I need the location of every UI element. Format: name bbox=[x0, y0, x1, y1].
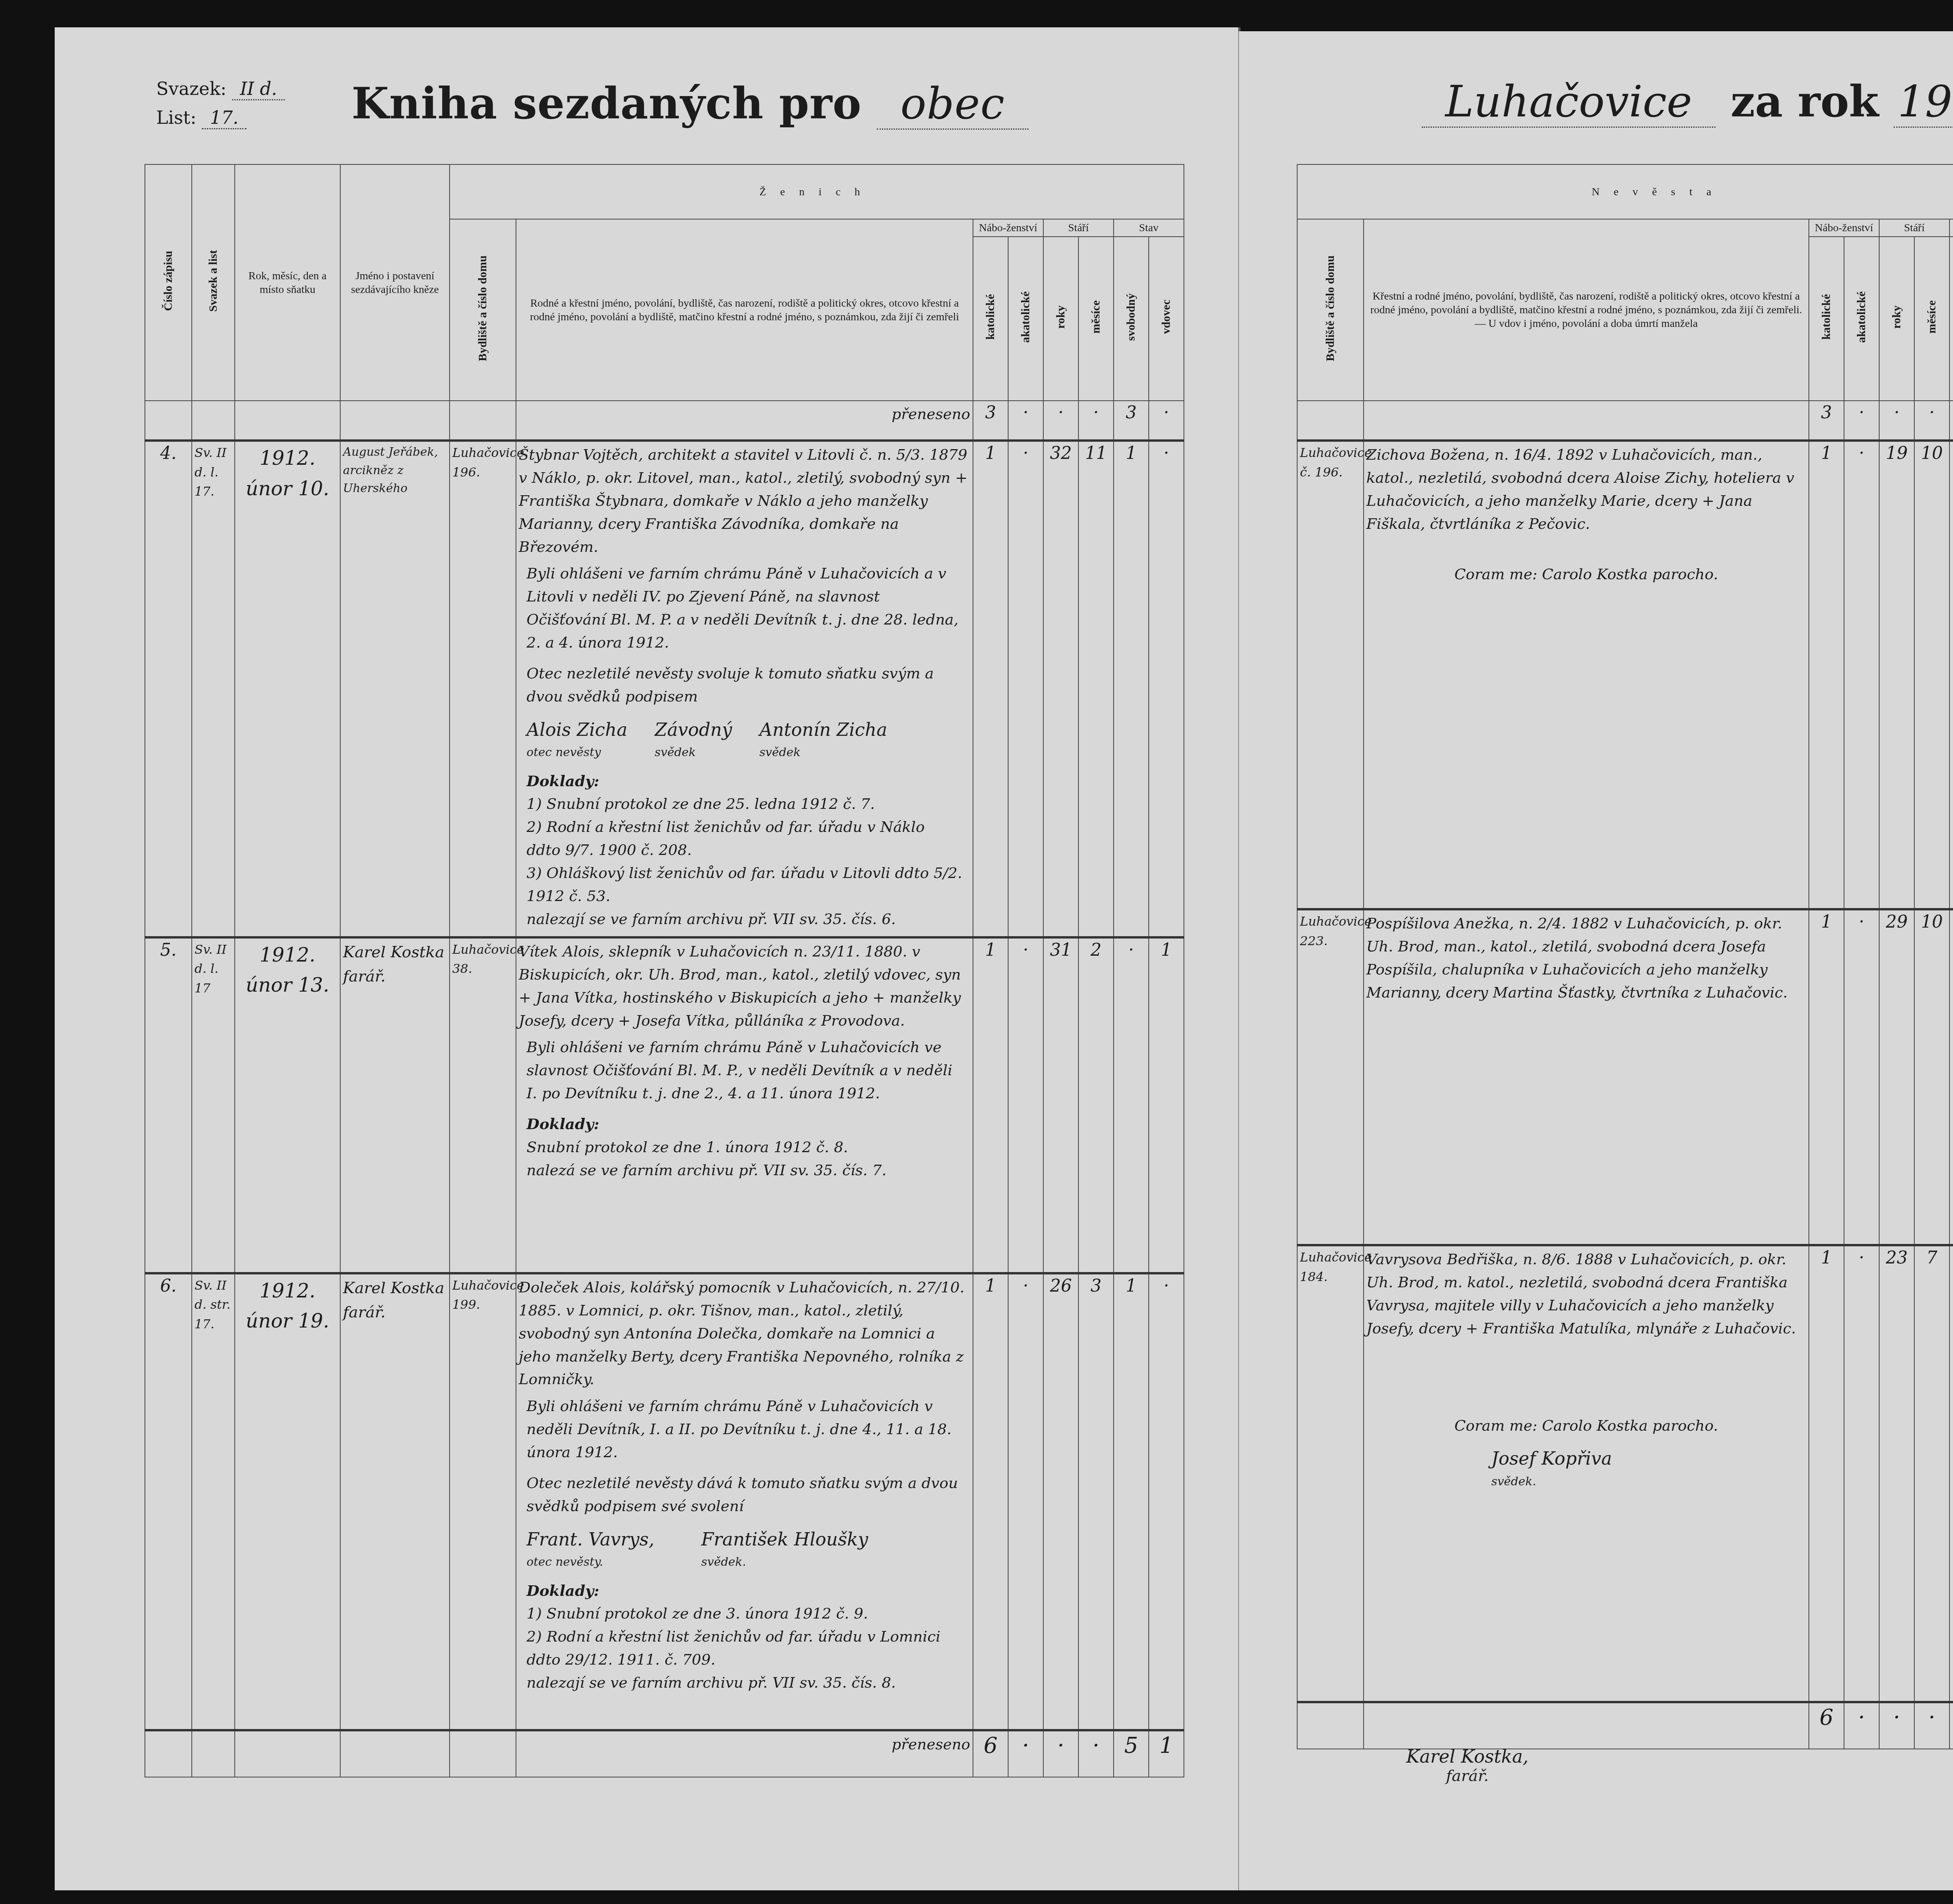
bride-row-6: Luhačovice 184. Vavrysova Bedřiška, n. 8… bbox=[1297, 1245, 1953, 1702]
entry-priest: August Jeřábek, arcikněz z Uherského bbox=[340, 441, 450, 937]
signatures: Frant. Vavrys,otec nevěsty. František Hl… bbox=[519, 1522, 970, 1576]
closing-signature: Karel Kostka, farář. bbox=[1406, 1746, 1528, 1785]
svazek-label: Svazek: bbox=[156, 78, 227, 99]
bride-residence: Luhačovice 184. bbox=[1297, 1245, 1364, 1702]
groom-text: Štybnar Vojtěch, architekt a stavitel v … bbox=[519, 443, 970, 558]
col-mesice: měsíce bbox=[1078, 237, 1114, 401]
col-nabozenstvi: Nábo-ženství bbox=[1809, 219, 1879, 237]
doklady-item: 3) Ohláškový list ženichův od far. úřadu… bbox=[527, 862, 962, 908]
signature-name: Alois Zicha bbox=[527, 716, 627, 744]
entry-number: 5. bbox=[145, 937, 192, 1273]
col-svobodna: svobodná bbox=[1949, 237, 1953, 401]
page-title-right: Luhačovice za rok 1912. bbox=[1422, 76, 1953, 127]
bride-svobodna: 1 bbox=[1949, 441, 1953, 909]
witness-signature: Josef Kopřiva svědek. bbox=[1483, 1441, 1806, 1495]
title-year: 1912. bbox=[1894, 77, 1953, 128]
groom-details: Doleček Alois, kolářský pomocník v Luhač… bbox=[516, 1273, 973, 1730]
carry-mes: · bbox=[1914, 401, 1949, 441]
page-title-left: Kniha sezdaných pro obec bbox=[352, 78, 1028, 128]
entry-svazek-list: Sv. II d. str. 17. bbox=[192, 1273, 235, 1730]
carry-akat: · bbox=[1008, 401, 1043, 441]
col-bydliste: Bydliště a číslo domu bbox=[1297, 219, 1364, 401]
bride-roky: 19 bbox=[1879, 441, 1914, 909]
bride-mesice: 10 bbox=[1914, 441, 1949, 909]
groom-roky: 32 bbox=[1043, 441, 1078, 937]
totals-row-right: 6 · · · 6 · bbox=[1297, 1702, 1953, 1749]
bride-row-5: Luhačovice 223. Pospíšilova Anežka, n. 2… bbox=[1297, 909, 1953, 1245]
col-stav: Stav bbox=[1114, 219, 1184, 237]
total-mes: · bbox=[1914, 1702, 1949, 1749]
total-roky: · bbox=[1879, 1702, 1914, 1749]
groom-kat: 1 bbox=[973, 1273, 1008, 1730]
title-obec: obec bbox=[877, 79, 1028, 130]
total-svob: 5 bbox=[1114, 1730, 1149, 1777]
entry-date: 1912. únor 13. bbox=[235, 937, 340, 1273]
total-svob: 6 bbox=[1949, 1702, 1953, 1749]
col-nevesta-desc: Křestní a rodné jméno, povolání, bydlišt… bbox=[1364, 219, 1809, 401]
carry-forward-row-right: 3 · · · 3 · bbox=[1297, 401, 1953, 441]
col-akatolicke: akatolické bbox=[1844, 237, 1879, 401]
doklady-item: nalezá se ve farním archivu př. VII sv. … bbox=[527, 1159, 962, 1182]
list-value: 17. bbox=[202, 107, 246, 129]
title-place: Luhačovice bbox=[1422, 77, 1716, 128]
doklady: Doklady: 1) Snubní protokol ze dne 3. ún… bbox=[519, 1576, 970, 1698]
entry-svazek-list: Sv. II d. l. 17 bbox=[192, 937, 235, 1273]
total-mes: · bbox=[1078, 1730, 1114, 1777]
groom-text: Vítek Alois, sklepník v Luhačovicích n. … bbox=[519, 940, 970, 1032]
coram-note: Coram me: Carolo Kostka parocho. bbox=[1366, 1410, 1806, 1441]
col-katolicke: katolické bbox=[1809, 237, 1844, 401]
bride-register-table: Nevěsta Svědci Poznámky Bydliště a číslo… bbox=[1297, 164, 1953, 1749]
carry-roky: · bbox=[1043, 401, 1078, 441]
bride-residence: Luhačovice 223. bbox=[1297, 909, 1364, 1245]
groom-svobodny: · bbox=[1114, 937, 1149, 1273]
doklady-label: Doklady: bbox=[527, 772, 599, 790]
carry-kat: 3 bbox=[973, 401, 1008, 441]
col-zenich-desc: Rodné a křestní jméno, povolání, bydlišt… bbox=[516, 219, 973, 401]
doklady-label: Doklady: bbox=[527, 1582, 599, 1599]
bride-details: Zichova Božena, n. 16/4. 1892 v Luhačovi… bbox=[1364, 441, 1809, 909]
groom-svobodny: 1 bbox=[1114, 1273, 1149, 1730]
col-jmeno-knez: Jméno i postavení sezdávajícího kněze bbox=[340, 164, 450, 401]
groom-residence: Luhačovice 199. bbox=[450, 1273, 516, 1730]
list-label: List: bbox=[156, 107, 196, 128]
entry-row-6: 6. Sv. II d. str. 17. 1912. únor 19. Kar… bbox=[145, 1273, 1184, 1730]
carry-akat: · bbox=[1844, 401, 1879, 441]
banns-note: Byli ohlášeni ve farním chrámu Páně v Lu… bbox=[519, 558, 970, 658]
bride-details: Vavrysova Bedřiška, n. 8/6. 1888 v Luhač… bbox=[1364, 1245, 1809, 1702]
bride-text: Pospíšilova Anežka, n. 2/4. 1882 v Luhač… bbox=[1364, 909, 1809, 1245]
carry-mes: · bbox=[1078, 401, 1114, 441]
total-kat: 6 bbox=[973, 1730, 1008, 1777]
bride-text: Vavrysova Bedřiška, n. 8/6. 1888 v Luhač… bbox=[1366, 1248, 1806, 1340]
title-year-label: za rok bbox=[1730, 76, 1879, 127]
bride-roky: 23 bbox=[1879, 1245, 1914, 1702]
doklady-label: Doklady: bbox=[527, 1115, 599, 1133]
entry-priest: Karel Kostka farář. bbox=[340, 937, 450, 1273]
signature-role: svědek bbox=[759, 744, 887, 762]
col-stari: Stáří bbox=[1879, 219, 1949, 237]
carry-vdov: · bbox=[1149, 401, 1184, 441]
doklady-item: nalezají se ve farním archivu př. VII sv… bbox=[527, 1671, 962, 1694]
signature-name: Antonín Zicha bbox=[759, 716, 887, 744]
doklady: Doklady: 1) Snubní protokol ze dne 25. l… bbox=[519, 766, 970, 935]
groom-svobodny: 1 bbox=[1114, 441, 1149, 937]
signature-role: svědek bbox=[655, 744, 732, 762]
entry-row-5: 5. Sv. II d. l. 17 1912. únor 13. Karel … bbox=[145, 937, 1184, 1273]
groom-mesice: 11 bbox=[1078, 441, 1114, 937]
carry-roky: · bbox=[1879, 401, 1914, 441]
groom-text: Doleček Alois, kolářský pomocník v Luhač… bbox=[519, 1276, 970, 1391]
entry-svazek-list: Sv. II d. l. 17. bbox=[192, 441, 235, 937]
signature-name: František Hloušky bbox=[701, 1526, 868, 1553]
groom-akat: · bbox=[1008, 937, 1043, 1273]
doklady-item: 2) Rodní a křestní list ženichův od far.… bbox=[527, 815, 962, 862]
volume-label: Svazek: II d. List: 17. bbox=[156, 78, 285, 128]
doklady-item: 1) Snubní protokol ze dne 3. února 1912 … bbox=[527, 1602, 962, 1625]
col-roky: roky bbox=[1879, 237, 1914, 401]
col-stav: Stav bbox=[1949, 219, 1953, 237]
groom-akat: · bbox=[1008, 1273, 1043, 1730]
bride-kat: 1 bbox=[1809, 909, 1844, 1245]
bride-text: Zichova Božena, n. 16/4. 1892 v Luhačovi… bbox=[1366, 443, 1806, 535]
totals-row-left: přeneseno 6 · · · 5 1 bbox=[145, 1730, 1184, 1777]
col-mesice: měsíce bbox=[1914, 237, 1949, 401]
groom-akat: · bbox=[1008, 441, 1043, 937]
groom-kat: 1 bbox=[973, 937, 1008, 1273]
bride-mesice: 10 bbox=[1914, 909, 1949, 1245]
col-vdovec: vdovec bbox=[1149, 237, 1184, 401]
col-svobodny: svobodný bbox=[1114, 237, 1149, 401]
entry-priest: Karel Kostka farář. bbox=[340, 1273, 450, 1730]
signature-name: Frant. Vavrys, bbox=[527, 1526, 654, 1553]
groom-vdovec: · bbox=[1149, 441, 1184, 937]
bride-row-4: Luhačovice č. 196. Zichova Božena, n. 16… bbox=[1297, 441, 1953, 909]
col-stari: Stáří bbox=[1043, 219, 1114, 237]
col-cislo-zapisu: Číslo zápisu bbox=[145, 164, 192, 401]
total-akat: · bbox=[1844, 1702, 1879, 1749]
col-bydliste: Bydliště a číslo domu bbox=[450, 219, 516, 401]
consent-note: Otec nezletilé nevěsty svoluje k tomuto … bbox=[519, 658, 970, 712]
groom-roky: 31 bbox=[1043, 937, 1078, 1273]
section-nevesta: Nevěsta bbox=[1297, 164, 1953, 219]
groom-roky: 26 bbox=[1043, 1273, 1078, 1730]
groom-kat: 1 bbox=[973, 441, 1008, 937]
bride-mesice: 7 bbox=[1914, 1245, 1949, 1702]
carry-forward-label: přeneseno bbox=[516, 401, 973, 441]
bride-svobodna: 1 bbox=[1949, 1245, 1953, 1702]
col-roky: roky bbox=[1043, 237, 1078, 401]
col-svazek-list: Svazek a list bbox=[192, 164, 235, 401]
title-prefix: Kniha sezdaných pro bbox=[352, 78, 862, 128]
consent-note: Otec nezletilé nevěsty dává k tomuto sňa… bbox=[519, 1468, 970, 1522]
bride-residence: Luhačovice č. 196. bbox=[1297, 441, 1364, 909]
carry-svob: 3 bbox=[1949, 401, 1953, 441]
col-katolicke: katolické bbox=[973, 237, 1008, 401]
doklady: Doklady: Snubní protokol ze dne 1. února… bbox=[519, 1109, 970, 1186]
bride-kat: 1 bbox=[1809, 441, 1844, 909]
coram-note: Coram me: Carolo Kostka parocho. bbox=[1366, 559, 1806, 590]
doklady-item: 1) Snubní protokol ze dne 25. ledna 1912… bbox=[527, 792, 962, 815]
entry-date: 1912. únor 19. bbox=[235, 1273, 340, 1730]
bride-svobodna: 1 bbox=[1949, 909, 1953, 1245]
entry-number: 6. bbox=[145, 1273, 192, 1730]
totals-label: přeneseno bbox=[516, 1730, 973, 1777]
groom-mesice: 2 bbox=[1078, 937, 1114, 1273]
groom-vdovec: 1 bbox=[1149, 937, 1184, 1273]
closing-signature-role: farář. bbox=[1406, 1767, 1528, 1785]
entry-date: 1912. únor 10. bbox=[235, 441, 340, 937]
groom-details: Vítek Alois, sklepník v Luhačovicích n. … bbox=[516, 937, 973, 1273]
svazek-value: II d. bbox=[232, 78, 285, 100]
section-zenich: Ženich bbox=[450, 164, 1184, 219]
entry-number: 4. bbox=[145, 441, 192, 937]
signature-role: otec nevěsty. bbox=[527, 1553, 654, 1572]
signature-role: svědek. bbox=[701, 1553, 868, 1572]
entry-row-4: 4. Sv. II d. l. 17. 1912. únor 10. Augus… bbox=[145, 441, 1184, 937]
carry-kat: 3 bbox=[1809, 401, 1844, 441]
col-nabozenstvi: Nábo-ženství bbox=[973, 219, 1043, 237]
carry-svob: 3 bbox=[1114, 401, 1149, 441]
doklady-item: nalezají se ve farním archivu př. VII sv… bbox=[527, 908, 962, 931]
bride-akat: · bbox=[1844, 909, 1879, 1245]
groom-residence: Luhačovice 196. bbox=[450, 441, 516, 937]
bride-akat: · bbox=[1844, 1245, 1879, 1702]
banns-note: Byli ohlášeni ve farním chrámu Páně v Lu… bbox=[519, 1391, 970, 1468]
bride-kat: 1 bbox=[1809, 1245, 1844, 1702]
col-akatolicke: akatolické bbox=[1008, 237, 1043, 401]
signature-role: otec nevěsty bbox=[527, 744, 627, 762]
total-kat: 6 bbox=[1809, 1702, 1844, 1749]
groom-residence: Luhačovice 38. bbox=[450, 937, 516, 1273]
col-rok-mesic: Rok, měsíc, den a místo sňatku bbox=[235, 164, 340, 401]
groom-mesice: 3 bbox=[1078, 1273, 1114, 1730]
carry-forward-row: přeneseno 3 · · · 3 · bbox=[145, 401, 1184, 441]
total-vdov: 1 bbox=[1149, 1730, 1184, 1777]
groom-details: Štybnar Vojtěch, architekt a stavitel v … bbox=[516, 441, 973, 937]
bride-akat: · bbox=[1844, 441, 1879, 909]
signature-role: svědek. bbox=[1491, 1473, 1798, 1491]
groom-vdovec: · bbox=[1149, 1273, 1184, 1730]
doklady-item: Snubní protokol ze dne 1. února 1912 č. … bbox=[527, 1136, 962, 1159]
signatures: Alois Zichaotec nevěsty Závodnýsvědek An… bbox=[519, 712, 970, 766]
signature-name: Josef Kopřiva bbox=[1491, 1448, 1612, 1469]
groom-register-table: Číslo zápisu Svazek a list Rok, měsíc, d… bbox=[145, 164, 1184, 1777]
total-roky: · bbox=[1043, 1730, 1078, 1777]
bride-roky: 29 bbox=[1879, 909, 1914, 1245]
banns-note: Byli ohlášeni ve farním chrámu Páně v Lu… bbox=[519, 1032, 970, 1109]
total-akat: · bbox=[1008, 1730, 1043, 1777]
closing-signature-name: Karel Kostka, bbox=[1406, 1746, 1528, 1767]
signature-name: Závodný bbox=[655, 716, 732, 744]
doklady-item: 2) Rodní a křestní list ženichův od far.… bbox=[527, 1625, 962, 1671]
